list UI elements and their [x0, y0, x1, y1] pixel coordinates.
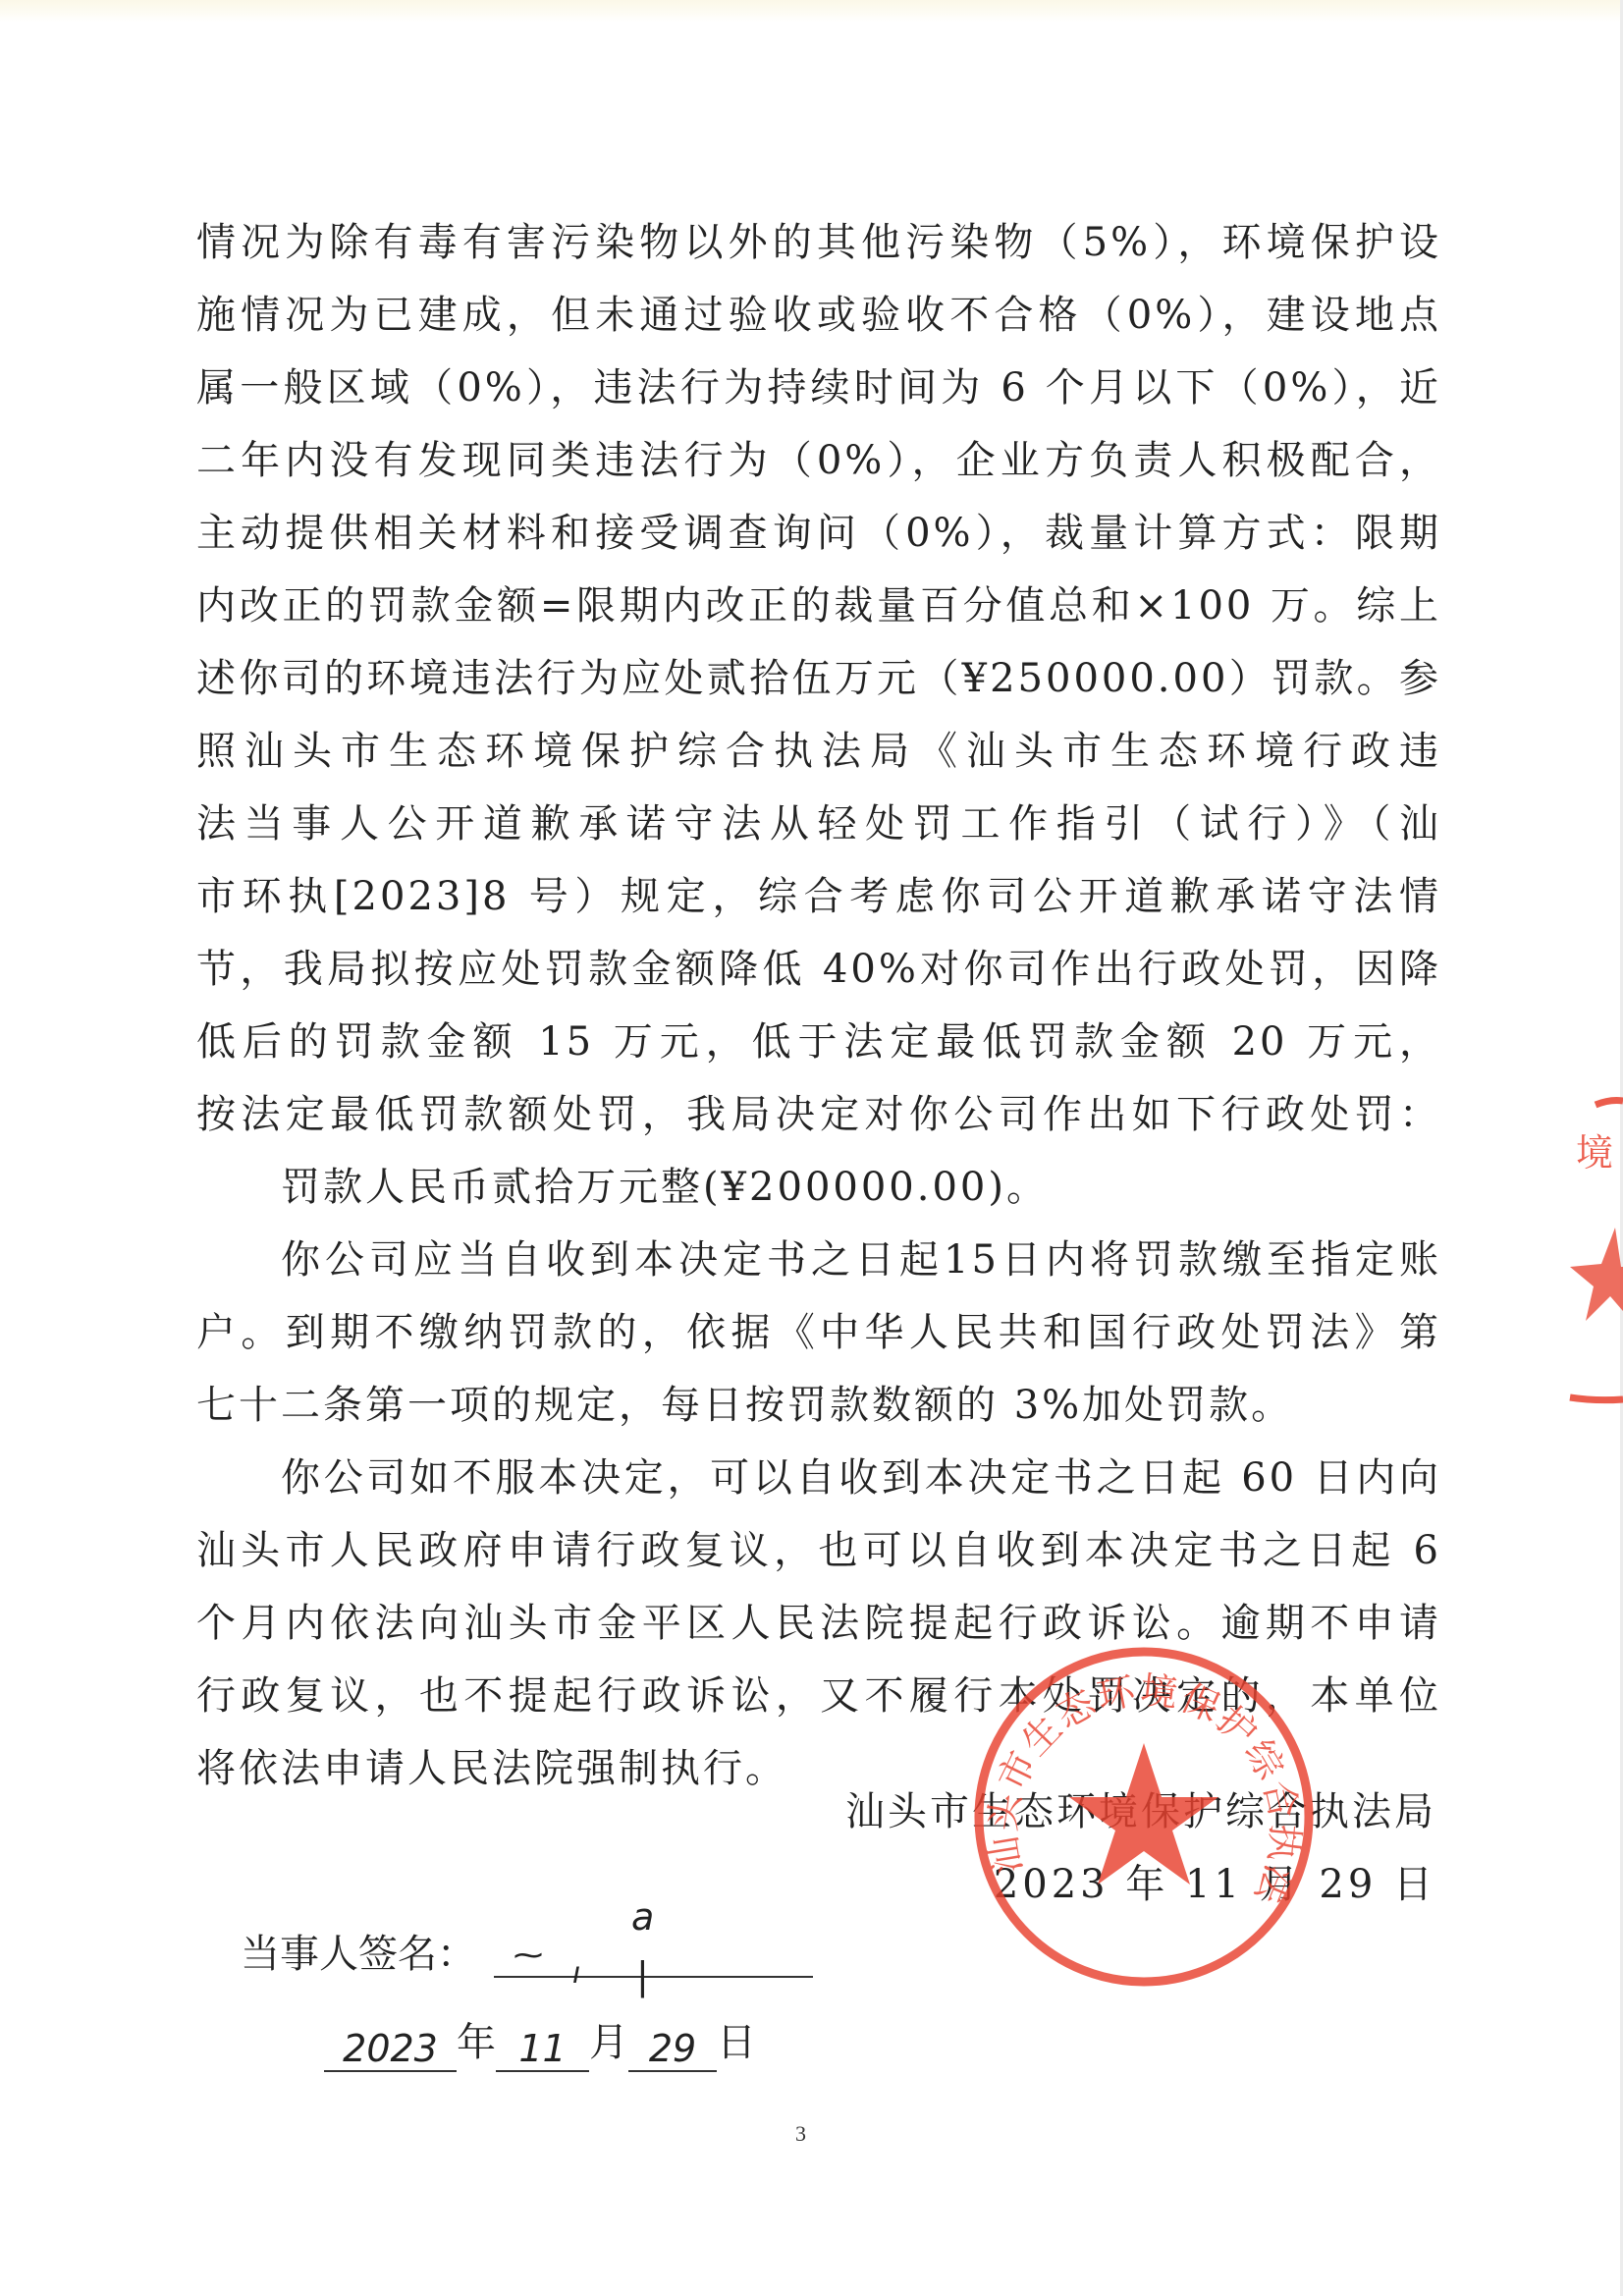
party-signature-row: 当事人签名： ⁓ ı a | [241, 1925, 813, 1984]
year-unit: 年 [457, 2020, 496, 2065]
scan-top-edge [0, 0, 1623, 22]
party-signature-field[interactable]: ⁓ ı a | [494, 1937, 813, 1978]
handwritten-signature: a [631, 1887, 654, 1946]
body-line: 低后的罚款金额 15 万元，低于法定最低罚款金额 20 万元， [196, 1006, 1441, 1078]
sign-year-field[interactable]: 2023 [324, 2027, 457, 2072]
day-unit: 日 [717, 2020, 756, 2065]
penalty-amount: 罚款人民币贰拾万元整(¥200000.00)。 [196, 1151, 1441, 1224]
appeal-line: 你公司如不服本决定，可以自收到本决定书之日起 60 日内向 [196, 1442, 1441, 1514]
issue-date: 2023 年 11 月 29 日 [845, 1848, 1436, 1921]
body-line: 属一般区域（0%），违法行为持续时间为 6 个月以下（0%），近 [196, 352, 1441, 424]
body-line: 市环执[2023]8 号）规定，综合考虑你司公开道歉承诺守法情 [196, 860, 1441, 933]
body-line: 节，我局拟按应处罚款金额降低 40%对你司作出行政处罚，因降 [196, 933, 1441, 1006]
payment-line: 你公司应当自收到本决定书之日起15日内将罚款缴至指定账 [196, 1224, 1441, 1296]
decision-paragraph: 情况为除有毒有害污染物以外的其他污染物（5%），环境保护设 施情况为已建成，但未… [196, 206, 1441, 1151]
sign-month-field[interactable]: 11 [496, 2027, 589, 2072]
handwritten-signature: | [636, 1946, 649, 2005]
body-line: 法当事人公开道歉承诺守法从轻处罚工作指引（试行）》（汕 [196, 788, 1441, 860]
partial-seal-icon: 境 [1556, 1085, 1623, 1414]
body-line: 照汕头市生态环境保护综合执法局《汕头市生态环境行政违 [196, 715, 1441, 788]
page-number: 3 [795, 2121, 806, 2147]
party-sign-date: 2023年11月29日 [324, 2013, 756, 2072]
issuer-name: 汕头市生态环境保护综合执法局 [845, 1776, 1436, 1848]
party-signature-label: 当事人签名： [241, 1932, 476, 1977]
body-line: 内改正的罚款金额=限期内改正的裁量百分值总和×100 万。综上 [196, 570, 1441, 642]
body-line: 施情况为已建成，但未通过验收或验收不合格（0%），建设地点 [196, 279, 1441, 352]
body-line: 情况为除有毒有害污染物以外的其他污染物（5%），环境保护设 [196, 206, 1441, 279]
edge-seal-char: 境 [1576, 1131, 1613, 1175]
appeal-paragraph: 你公司如不服本决定，可以自收到本决定书之日起 60 日内向 汕头市人民政府申请行… [196, 1442, 1441, 1805]
payment-line: 七十二条第一项的规定，每日按罚款数额的 3%加处罚款。 [196, 1369, 1441, 1442]
appeal-line: 行政复议，也不提起行政诉讼，又不履行本处罚决定的，本单位 [196, 1660, 1441, 1732]
issuer-signature-block: 汕头市生态环境保护综合执法局 2023 年 11 月 29 日 [845, 1776, 1436, 1921]
appeal-line: 个月内依法向汕头市金平区人民法院提起行政诉讼。逾期不申请 [196, 1587, 1441, 1660]
month-unit: 月 [589, 2020, 628, 2065]
body-line: 主动提供相关材料和接受调查询问（0%），裁量计算方式：限期 [196, 497, 1441, 570]
document-body: 情况为除有毒有害污染物以外的其他污染物（5%），环境保护设 施情况为已建成，但未… [196, 206, 1441, 1805]
body-line: 二年内没有发现同类违法行为（0%），企业方负责人积极配合， [196, 424, 1441, 497]
handwritten-signature: ⁓ [514, 1927, 543, 1986]
penalty-paragraph: 罚款人民币贰拾万元整(¥200000.00)。 [196, 1151, 1441, 1224]
body-line: 述你司的环境违法行为应处贰拾伍万元（¥250000.00）罚款。参 [196, 642, 1441, 715]
sign-day-field[interactable]: 29 [628, 2027, 717, 2072]
body-line: 按法定最低罚款额处罚，我局决定对你公司作出如下行政处罚： [196, 1078, 1441, 1151]
payment-line: 户。到期不缴纳罚款的，依据《中华人民共和国行政处罚法》第 [196, 1296, 1441, 1369]
payment-paragraph: 你公司应当自收到本决定书之日起15日内将罚款缴至指定账 户。到期不缴纳罚款的，依… [196, 1224, 1441, 1442]
appeal-line: 汕头市人民政府申请行政复议，也可以自收到本决定书之日起 6 [196, 1514, 1441, 1587]
handwritten-signature: ı [572, 1944, 580, 2003]
